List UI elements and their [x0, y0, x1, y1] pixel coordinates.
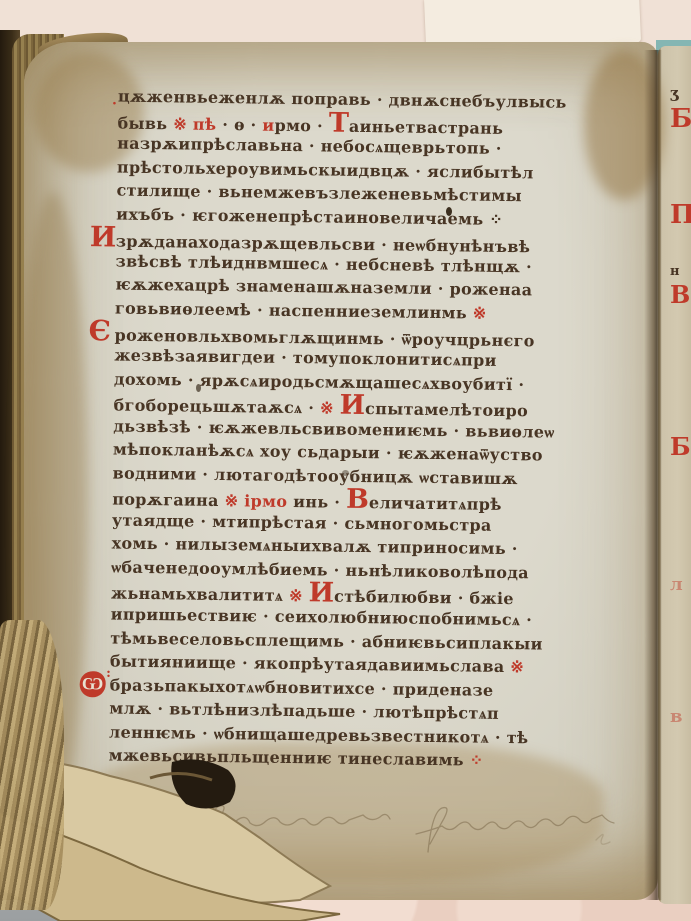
- manuscript-photo: ʒБПнВБлв цѫженвьеженлѫ поправь · двнѫсне…: [0, 0, 691, 921]
- annotation-flourish: [596, 834, 610, 844]
- torn-corner: [0, 718, 470, 921]
- frayed-spine-tail: [0, 620, 64, 910]
